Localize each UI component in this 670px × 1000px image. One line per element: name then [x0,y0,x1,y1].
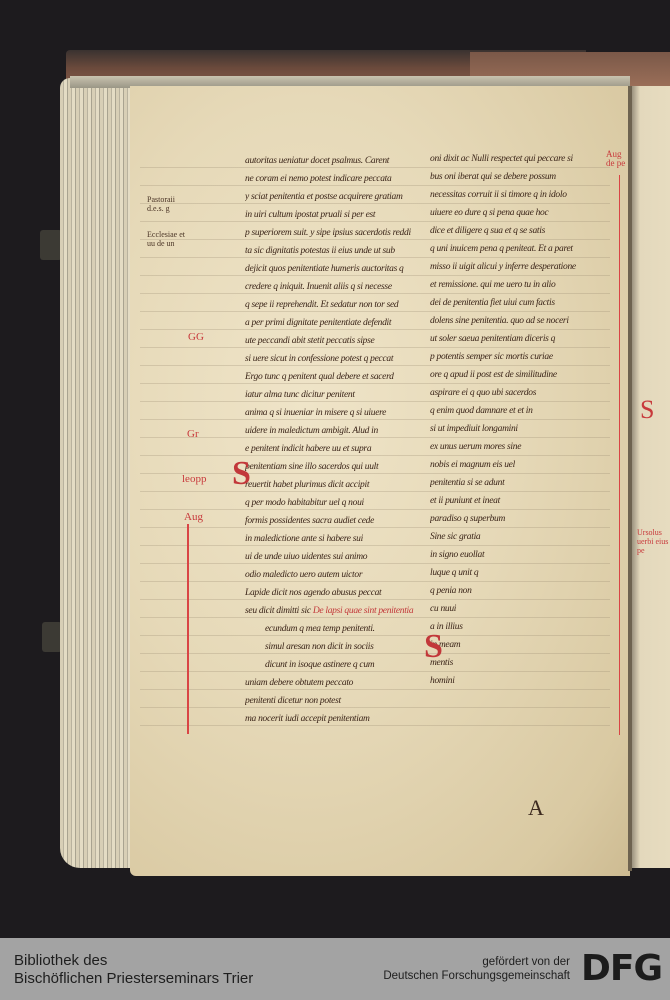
red-margin-line-right [619,175,620,735]
red-margin-line [187,524,189,734]
quire-mark: A [528,795,544,821]
rubric: De lapsi quae sint penitentia [313,606,414,616]
footer-banner: Bibliothek des Bischöflichen Priestersem… [0,938,670,1000]
book-clasp-top [40,230,62,260]
gutter [628,86,632,871]
margin-rubric: Aug [184,513,203,522]
library-name: Bibliothek des Bischöflichen Priestersem… [14,952,253,988]
book-clasp-bottom [42,622,62,652]
page-edges [60,78,138,868]
text-column-left: autoritas ueniatur docet psalmus. Carent… [245,152,425,732]
margin-rubric: Gr [187,430,199,439]
facing-page-edge [630,86,670,868]
margin-note: Ecclesiae et uu de un [147,230,187,248]
dfg-logo: DFG [581,951,662,987]
funding-note: gefördert von der Deutschen Forschungsge… [383,955,570,983]
margin-rubric: leopp [182,475,206,484]
manuscript-scan: autoritas ueniatur docet psalmus. Carent… [0,0,670,938]
text-column-right: oni dixit ac Nulli respectet qui peccare… [430,150,615,690]
margin-note: Pastoraii d.e.s. g [147,195,187,213]
margin-rubric-facing: Ursolus uerbi eius pe [637,528,669,555]
margin-rubric-right: Aug de pe [606,150,630,168]
facing-initial: S [640,405,654,414]
margin-rubric: GG [188,333,204,342]
initial-s-left: S [232,455,251,493]
initial-s-right: S [424,628,443,666]
